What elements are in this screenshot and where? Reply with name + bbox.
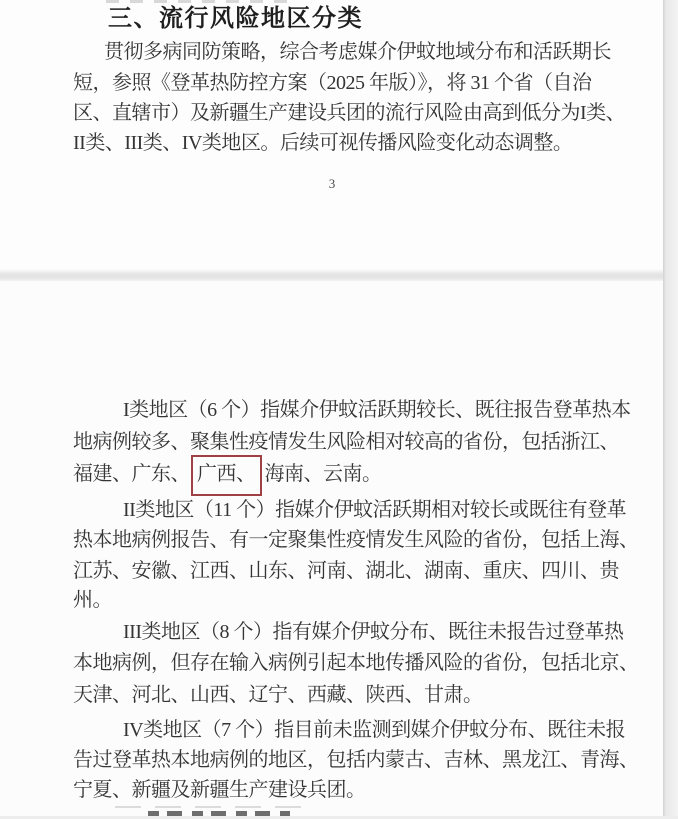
text-line: 贯彻多病同防策略，综合考虑媒介伊蚊地域分布和活跃期长 <box>104 40 611 64</box>
highlight-box: 广西、 <box>191 455 262 496</box>
text-line: 告过登革热本地病例的地区，包括内蒙古、吉林、黑龙江、青海、 <box>73 748 639 772</box>
text-line: 江苏、安徽、江西、山东、河南、湖北、湖南、重庆、四川、贵 <box>73 559 619 583</box>
text-line: 区、直辖市）及新疆生产建设兵团的流行风险由高到低分为I类、 <box>73 101 625 125</box>
photo-edge-shadow <box>663 0 678 819</box>
clipped-previous-line <box>106 0 292 3</box>
text-segment: 海南、云南。 <box>265 463 382 485</box>
section-heading: 三、流行风险地区分类 <box>108 6 363 32</box>
text-line: II类、III类、IV类地区。后续可视传播风险变化动态调整。 <box>73 131 572 155</box>
text-line: 宁夏、新疆及新疆生产建设兵团。 <box>73 778 366 802</box>
text-line: 热本地病例报告、有一定聚集性疫情发生风险的省份，包括上海、 <box>73 528 639 552</box>
text-line: IV类地区（7 个）指目前未监测到媒介伊蚊分布、既往未报 <box>123 718 625 742</box>
text-line: 州。 <box>73 588 112 612</box>
document-photo: 三、流行风险地区分类 贯彻多病同防策略，综合考虑媒介伊蚊地域分布和活跃期长 短，… <box>0 0 678 819</box>
text-line: 天津、河北、山西、辽宁、西藏、陕西、甘肃。 <box>73 683 483 707</box>
page-number: 3 <box>0 176 664 192</box>
text-line: 本地病例，但存在输入病例引起本地传播风险的省份，包括北京、 <box>73 651 639 675</box>
text-line: II类地区（11 个）指媒介伊蚊活跃期相对较长或既往有登革 <box>123 498 626 522</box>
text-segment: 福建、广东、 <box>73 463 190 485</box>
text-line: I类地区（6 个）指媒介伊蚊活跃期较长、既往报告登革热本 <box>123 398 631 422</box>
text-line: 短，参照《登革热防控方案（2025 年版）》，将 31 个省（自治 <box>73 71 592 95</box>
document-page-1: 三、流行风险地区分类 贯彻多病同防策略，综合考虑媒介伊蚊地域分布和活跃期长 短，… <box>0 0 664 272</box>
clipped-next-line-faint <box>115 806 315 808</box>
document-page-2: I类地区（6 个）指媒介伊蚊活跃期较长、既往报告登革热本 地病例较多、聚集性疫情… <box>0 281 664 819</box>
text-line: 地病例较多、聚集性疫情发生风险相对较高的省份，包括浙江、 <box>73 430 619 454</box>
text-line: 福建、广东、广西、海南、云南。 <box>73 460 382 488</box>
text-line: III类地区（8 个）指有媒介伊蚊分布、既往未报告过登革热 <box>123 620 623 644</box>
